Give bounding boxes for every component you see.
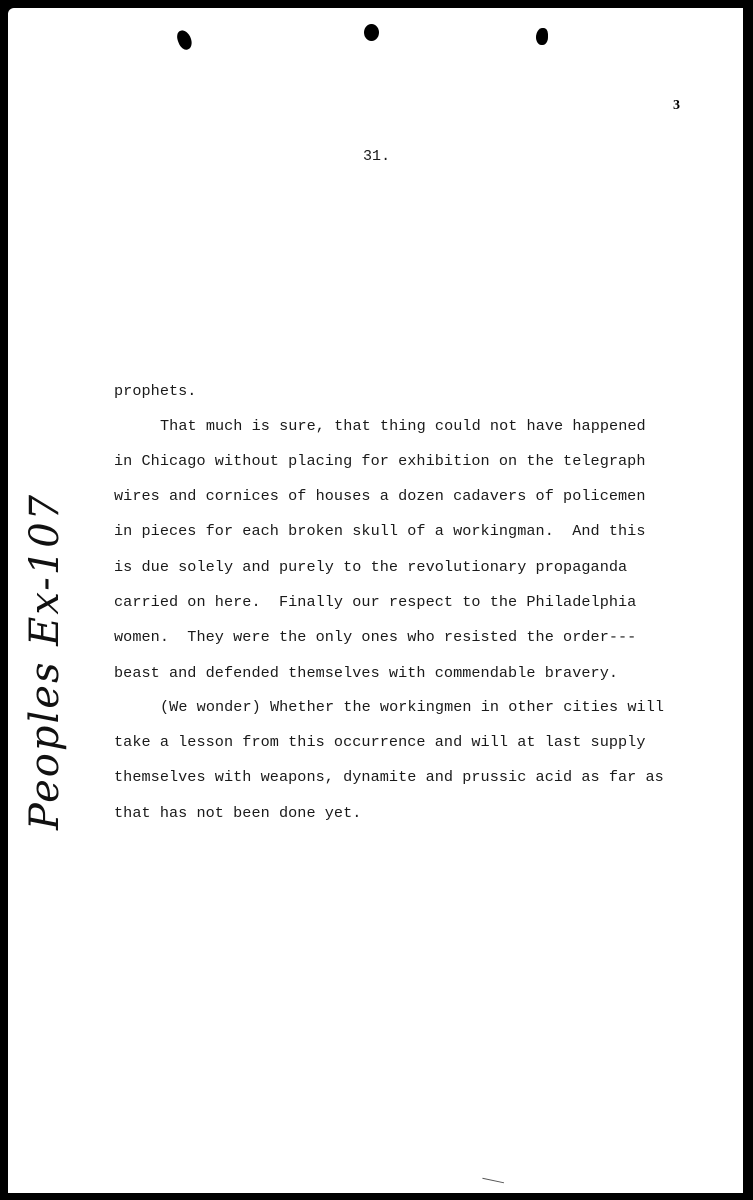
page-number: 31.: [363, 148, 390, 165]
text-line: in pieces for each broken skull of a wor…: [114, 522, 646, 540]
text-line: That much is sure, that thing could not …: [160, 417, 646, 435]
text-line: women. They were the only ones who resis…: [114, 628, 636, 646]
text-line: beast and defended themselves with comme…: [114, 664, 618, 682]
corner-page-mark: 3: [673, 98, 680, 114]
punch-hole-right: [536, 28, 548, 45]
text-line: (We wonder) Whether the workingmen in ot…: [160, 698, 664, 716]
text-line: wires and cornices of houses a dozen cad…: [114, 487, 646, 505]
handwritten-exhibit-annotation: Peoples Ex-107: [22, 493, 68, 830]
text-line: carried on here. Finally our respect to …: [114, 593, 636, 611]
punch-hole-center: [364, 24, 379, 41]
text-line: in Chicago without placing for exhibitio…: [114, 452, 646, 470]
text-line: is due solely and purely to the revoluti…: [114, 558, 627, 576]
text-line: that has not been done yet.: [114, 804, 361, 822]
text-line: take a lesson from this occurrence and w…: [114, 733, 646, 751]
text-line: prophets.: [114, 382, 196, 400]
text-line: themselves with weapons, dynamite and pr…: [114, 768, 664, 786]
